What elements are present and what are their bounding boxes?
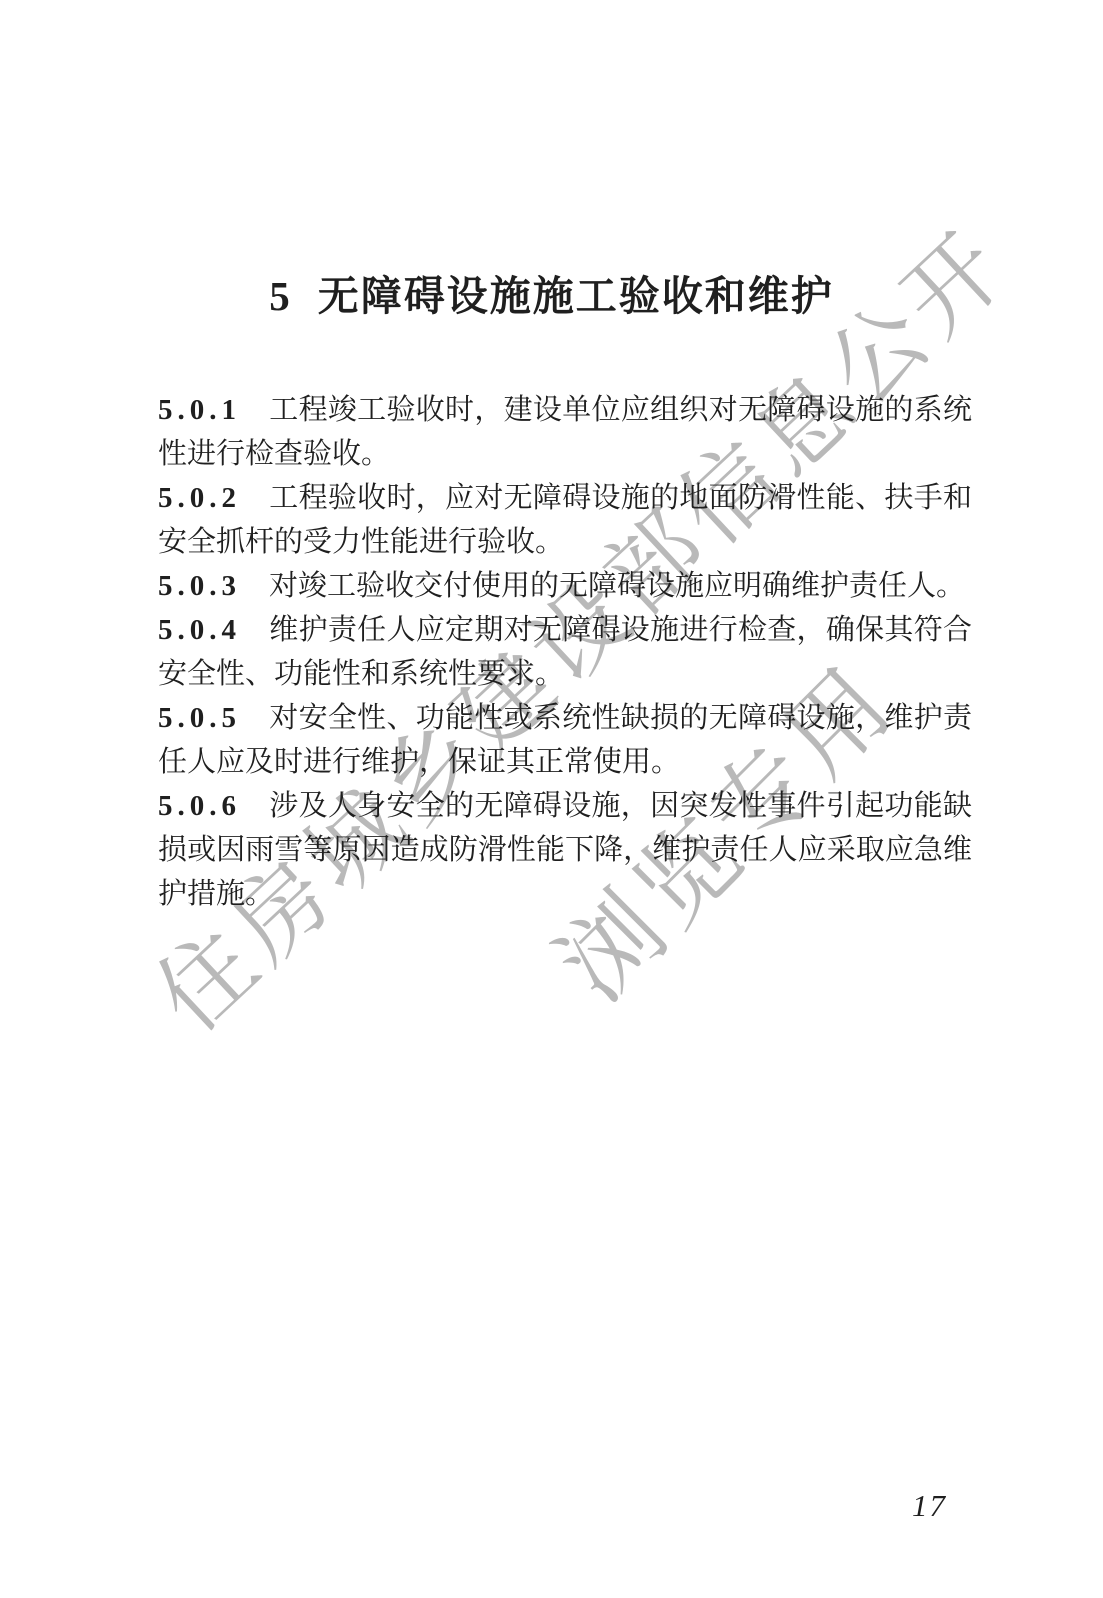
clause-list: 5.0.1工程竣工验收时，建设单位应组织对无障碍设施的系统性进行检查验收。 5.…: [158, 388, 972, 916]
clause-text: 工程验收时，应对无障碍设施的地面防滑性能、扶手和安全抓杆的受力性能进行验收。: [158, 482, 972, 558]
clause-5-0-4: 5.0.4维护责任人应定期对无障碍设施进行检查，确保其符合安全性、功能性和系统性…: [158, 608, 972, 696]
clause-5-0-2: 5.0.2工程验收时，应对无障碍设施的地面防滑性能、扶手和安全抓杆的受力性能进行…: [158, 476, 972, 564]
clause-number: 5.0.3: [158, 570, 241, 602]
clause-5-0-3: 5.0.3对竣工验收交付使用的无障碍设施应明确维护责任人。: [158, 564, 972, 608]
clause-5-0-6: 5.0.6涉及人身安全的无障碍设施，因突发性事件引起功能缺损或因雨雪等原因造成防…: [158, 784, 972, 916]
chapter-number: 5: [269, 273, 292, 319]
clause-number: 5.0.6: [158, 790, 241, 822]
clause-text: 对竣工验收交付使用的无障碍设施应明确维护责任人。: [269, 570, 965, 602]
clause-text: 涉及人身安全的无障碍设施，因突发性事件引起功能缺损或因雨雪等原因造成防滑性能下降…: [158, 790, 972, 910]
clause-text: 对安全性、功能性或系统性缺损的无障碍设施，维护责任人应及时进行维护，保证其正常使…: [158, 702, 972, 778]
clause-number: 5.0.1: [158, 394, 241, 426]
clause-number: 5.0.4: [158, 614, 241, 646]
clause-number: 5.0.5: [158, 702, 241, 734]
clause-number: 5.0.2: [158, 482, 241, 514]
clause-text: 工程竣工验收时，建设单位应组织对无障碍设施的系统性进行检查验收。: [158, 394, 972, 470]
clause-text: 维护责任人应定期对无障碍设施进行检查，确保其符合安全性、功能性和系统性要求。: [158, 614, 972, 690]
clause-5-0-5: 5.0.5对安全性、功能性或系统性缺损的无障碍设施，维护责任人应及时进行维护，保…: [158, 696, 972, 784]
page-number: 17: [912, 1488, 947, 1524]
chapter-title: 5无障碍设施施工验收和维护: [0, 272, 1103, 320]
document-page: 住房城乡建设部信息公开 浏览专用 5无障碍设施施工验收和维护 5.0.1工程竣工…: [0, 0, 1103, 1598]
chapter-title-text: 无障碍设施施工验收和维护: [318, 273, 834, 319]
clause-5-0-1: 5.0.1工程竣工验收时，建设单位应组织对无障碍设施的系统性进行检查验收。: [158, 388, 972, 476]
